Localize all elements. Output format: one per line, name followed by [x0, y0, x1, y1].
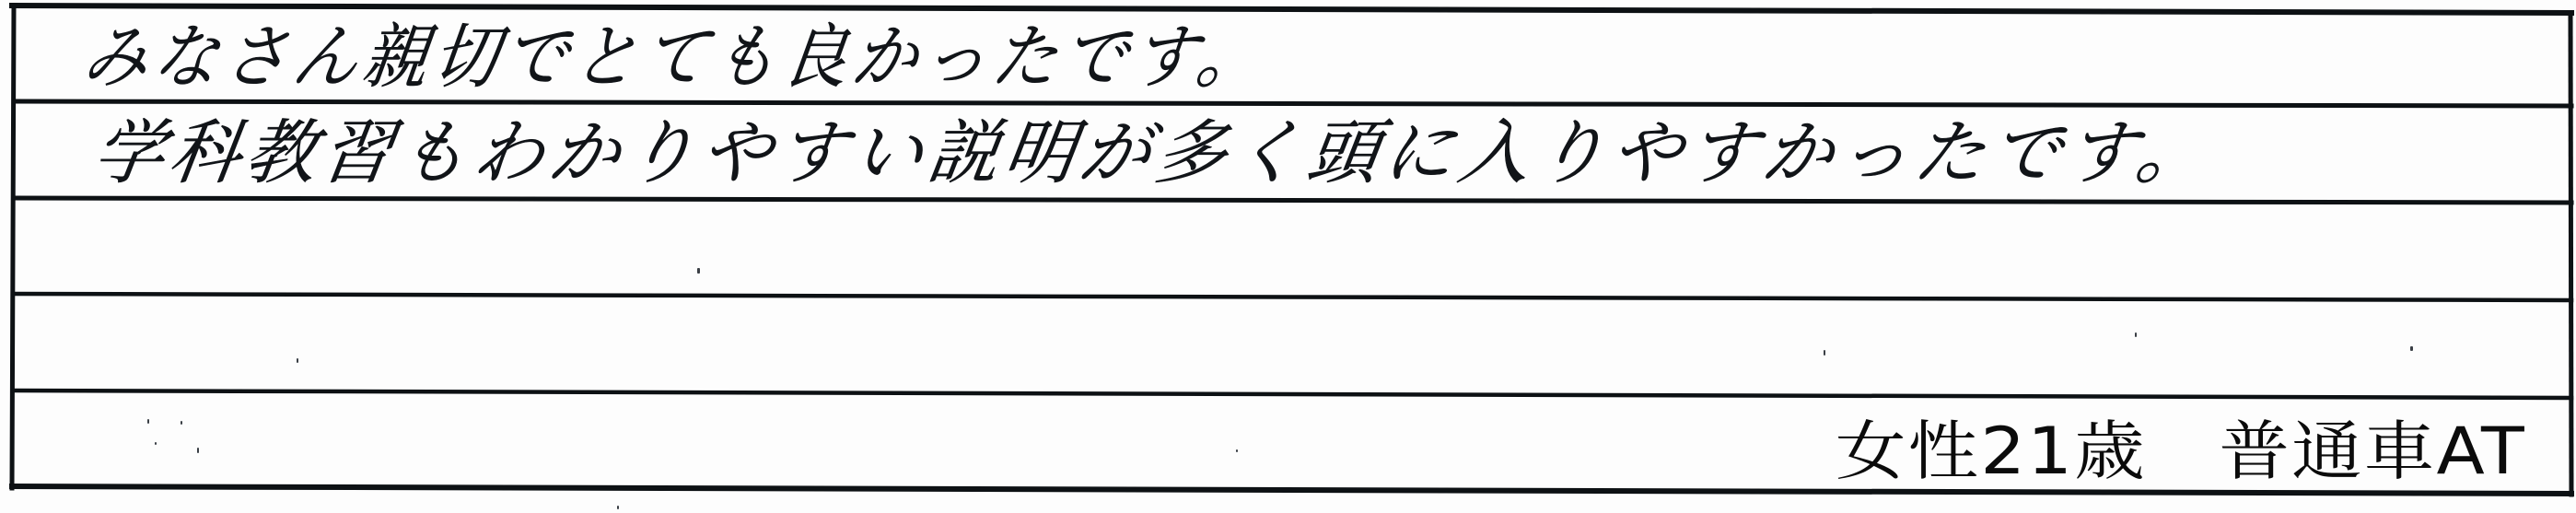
scan-speck [1236, 449, 1238, 452]
frame-right-border [2570, 13, 2571, 495]
scan-speck [1824, 350, 1825, 356]
frame-top-border [12, 6, 2571, 13]
feedback-card: みなさん親切でとても良かったです。 学科教習もわかりやすい説明が多く頭に入りやす… [0, 0, 2576, 513]
ruled-line-3 [14, 294, 2571, 300]
handwritten-line-1: みなさん親切でとても良かったです。 [79, 20, 1272, 94]
scan-speck [297, 358, 298, 363]
handwritten-line-2: 学科教習もわかりやすい説明が多く頭に入りやすかったです。 [89, 116, 2218, 190]
scan-speck [181, 421, 182, 425]
scan-speck [2135, 332, 2137, 337]
ruled-line-4 [14, 391, 2571, 398]
ruled-line-2 [14, 198, 2571, 203]
scan-speck [155, 442, 157, 445]
respondent-caption: 女性21歳 普通車AT [1836, 416, 2526, 486]
ruled-line-1 [14, 101, 2571, 106]
scan-speck [617, 506, 619, 509]
scan-speck [697, 268, 700, 274]
scan-speck [2410, 346, 2413, 351]
frame-left-border [12, 6, 14, 488]
scan-speck [147, 419, 149, 424]
scan-speck [197, 448, 199, 453]
